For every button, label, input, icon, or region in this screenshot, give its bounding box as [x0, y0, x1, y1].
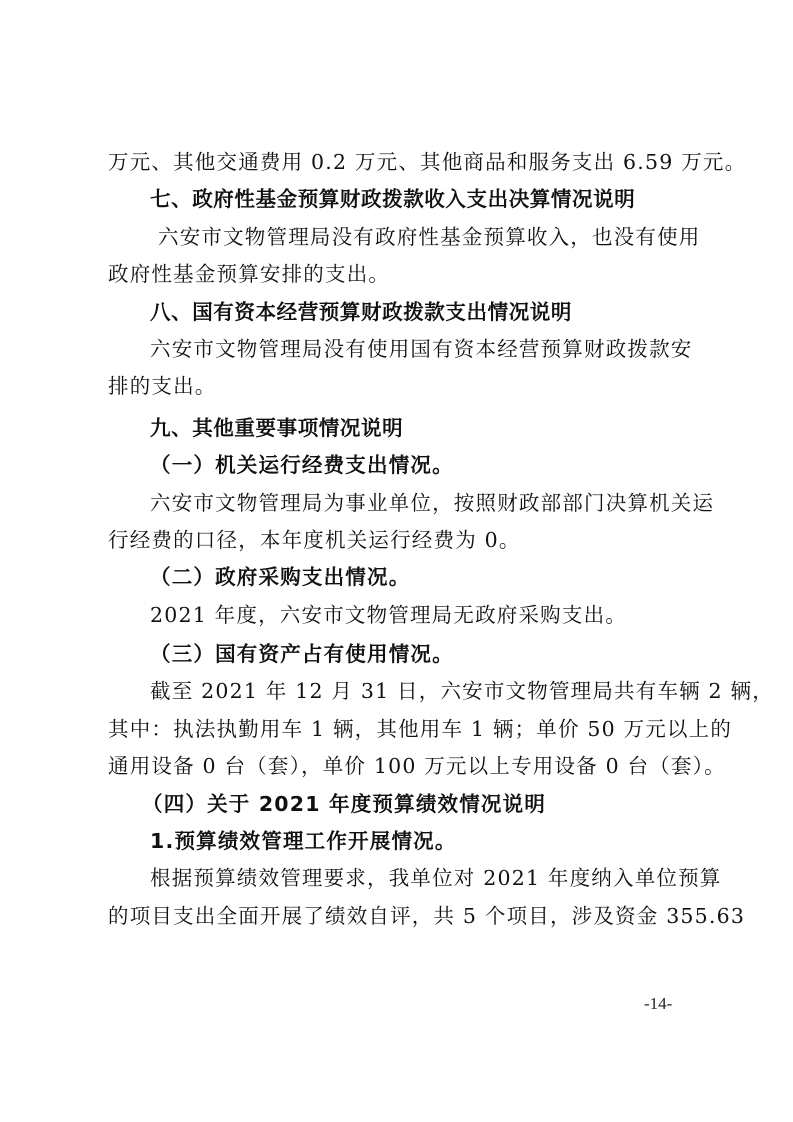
body-text-line: 的项目支出全面开展了绩效自评，共 5 个项目，涉及资金 355.63	[108, 898, 692, 935]
body-text-line: 万元、其他交通费用 0.2 万元、其他商品和服务支出 6.59 万元。	[108, 144, 692, 181]
body-text-line: 行经费的口径，本年度机关运行经费为 0。	[108, 522, 692, 559]
body-text-line: 通用设备 0 台（套），单价 100 万元以上专用设备 0 台（套）。	[108, 748, 692, 785]
body-text-line: 根据预算绩效管理要求，我单位对 2021 年度纳入单位预算	[108, 860, 692, 897]
body-text-line: 六安市文物管理局为事业单位，按照财政部部门决算机关运	[108, 485, 692, 522]
document-page: 万元、其他交通费用 0.2 万元、其他商品和服务支出 6.59 万元。 七、政府…	[108, 144, 692, 935]
subheading-4-1: 1.预算绩效管理工作开展情况。	[108, 823, 692, 860]
subheading-4: （四）关于 2021 年度预算绩效情况说明	[108, 786, 692, 823]
subheading-1: （一）机关运行经费支出情况。	[108, 447, 692, 484]
body-text-line: 排的支出。	[108, 368, 692, 405]
section-heading-8: 八、国有资本经营预算财政拨款支出情况说明	[108, 294, 692, 331]
body-text-line: 六安市文物管理局没有使用国有资本经营预算财政拨款安	[108, 331, 692, 368]
body-text-line: 其中：执法执勤用车 1 辆，其他用车 1 辆；单价 50 万元以上的	[108, 711, 692, 748]
body-text-line: 六安市文物管理局没有政府性基金预算收入，也没有使用	[108, 219, 692, 256]
subheading-2: （二）政府采购支出情况。	[108, 559, 692, 596]
body-text-line: 2021 年度，六安市文物管理局无政府采购支出。	[108, 597, 692, 634]
page-number: -14-	[644, 994, 672, 1014]
body-text-line: 政府性基金预算安排的支出。	[108, 256, 692, 293]
body-text-line: 截至 2021 年 12 月 31 日，六安市文物管理局共有车辆 2 辆，	[108, 673, 692, 710]
section-heading-7: 七、政府性基金预算财政拨款收入支出决算情况说明	[108, 181, 692, 218]
section-heading-9: 九、其他重要事项情况说明	[108, 410, 692, 447]
subheading-3: （三）国有资产占有使用情况。	[108, 636, 692, 673]
